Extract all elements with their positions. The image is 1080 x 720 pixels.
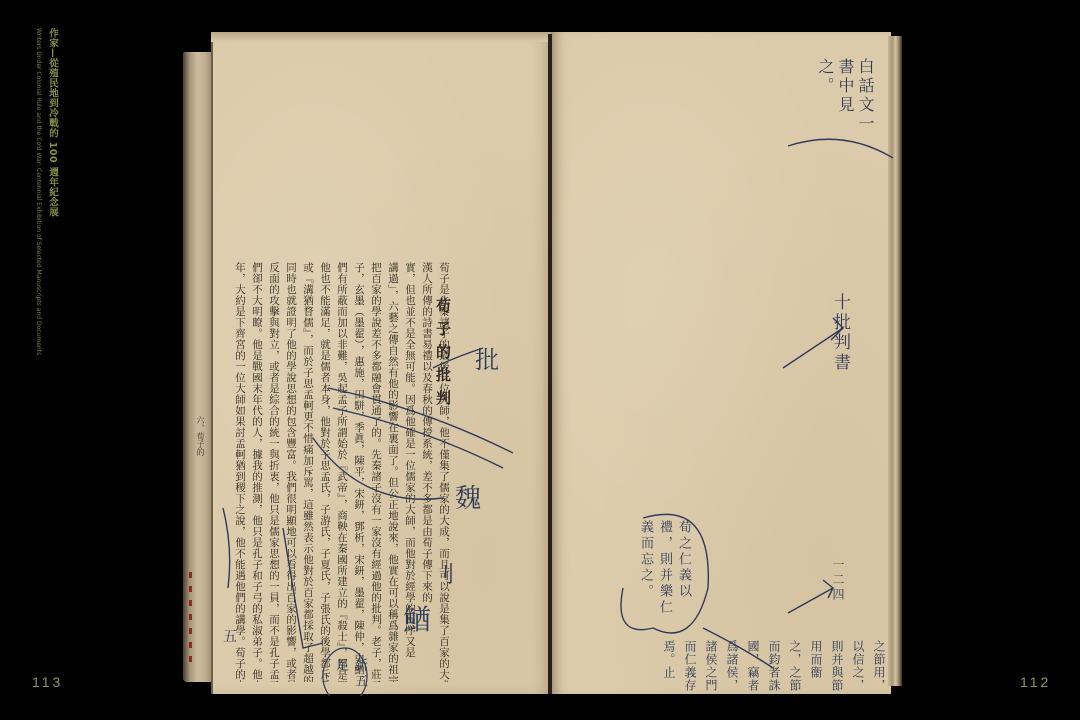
text-column: 子，玄墨（墨翟），惠施，田駢，季眞，陳平，宋鈃，鄧析，宋鈃，墨翟，陳仲，史鰌，他…	[352, 262, 366, 682]
book-spine	[548, 34, 552, 694]
handwritten-note-bubble: 荀之仁義以禮，則并樂仁義而忘之。	[623, 520, 693, 630]
handwritten-note-wei: 魏	[455, 478, 481, 515]
text-column: 荀子是先秦諸子的最後一位大師，他不僅集了儒家的大成，而且可以說是集了百家的大成的…	[437, 262, 451, 682]
text-column: 講過」，六藝之傳自然有他的影響在裏面了。但公正地說來，他實在可以稱爲雜家的祖宗，…	[386, 262, 400, 682]
text-column: 們卻不大明瞭。他是戰國末年代的人，據我的推測，他只是孔子和子弓的私淑弟子。他十五…	[250, 262, 264, 682]
handwritten-note-yi: 刂	[433, 558, 455, 589]
page-number-left: 113	[32, 674, 63, 690]
handwritten-note-pi: 批	[475, 340, 499, 375]
caption-title: 作家—從殖民地到冷戰的 100 週年紀念展	[46, 28, 58, 358]
text-column: 同時也就證明了他的學說思想的包含豐富。我們很明顯地可以看得出百家的影響，或者是正…	[284, 262, 298, 682]
page-number-right: 112	[1020, 674, 1051, 690]
text-column: 反面的攻擊與對立，或者是綜合的統一與折衷，他只是儒家思想的一員，而不是孔子孟子的…	[267, 262, 281, 682]
page-stack-right	[888, 36, 902, 686]
printed-marginal-note: 六、荀子的	[195, 416, 206, 456]
handwritten-note-wu: 五	[223, 626, 237, 646]
handwritten-note-pipan: 十批判書	[828, 293, 853, 373]
caption-subtitle: Writers Under Colonial Rule and the Cold…	[35, 28, 42, 358]
text-column: 把百家的學說差不多都融會貫通了的。先秦諸子沒有一家沒有經過他的批判。老子，莊子，…	[369, 262, 383, 682]
handwritten-note-page-ref: 一二四	[830, 558, 847, 603]
text-column: 們有所蔽而加以非難，吳起孟子所謂始於『武帝』，商鞅在秦國所建立的『殺士』，都是罵	[335, 262, 349, 682]
text-column: 或『溝猶瞀儒』，而於子思孟軻更不惜痛加斥罵，這雖然表示他對於百家都採取了超越的態…	[301, 262, 315, 682]
handwritten-note-bottom: 之節用，以信之，則并與節用而衞之，之節而鈞者誅國，竊者爲諸侯，諸侯之門而仁義存焉…	[631, 640, 889, 696]
text-column: 年，大約是下齊宮的一位大師如果討孟軻猶到稷下之說，他不能遇他們的講學。荀子的中學…	[233, 262, 247, 682]
handwritten-note-qiu: 鰌	[403, 598, 431, 638]
text-column: 他也不能滿足，就是儒者本身，他對於子思孟氏，子游氏，子夏氏，子張氏的後學都斥爲『…	[318, 262, 332, 682]
handwritten-note-xinwu: 新五足	[331, 658, 369, 696]
red-edge-mark	[189, 572, 192, 662]
left-page-top-edge	[211, 32, 551, 42]
open-book-photo: 荀子的批判 六、荀子的 荀子是先秦諸子的最後一位大師，他不僅集了儒家的大成，而且…	[183, 28, 923, 696]
exhibition-caption: 作家—從殖民地到冷戰的 100 週年紀念展 Writers Under Colo…	[28, 28, 58, 358]
handwritten-note-baihua: 白話文一書中見之。	[795, 58, 875, 138]
